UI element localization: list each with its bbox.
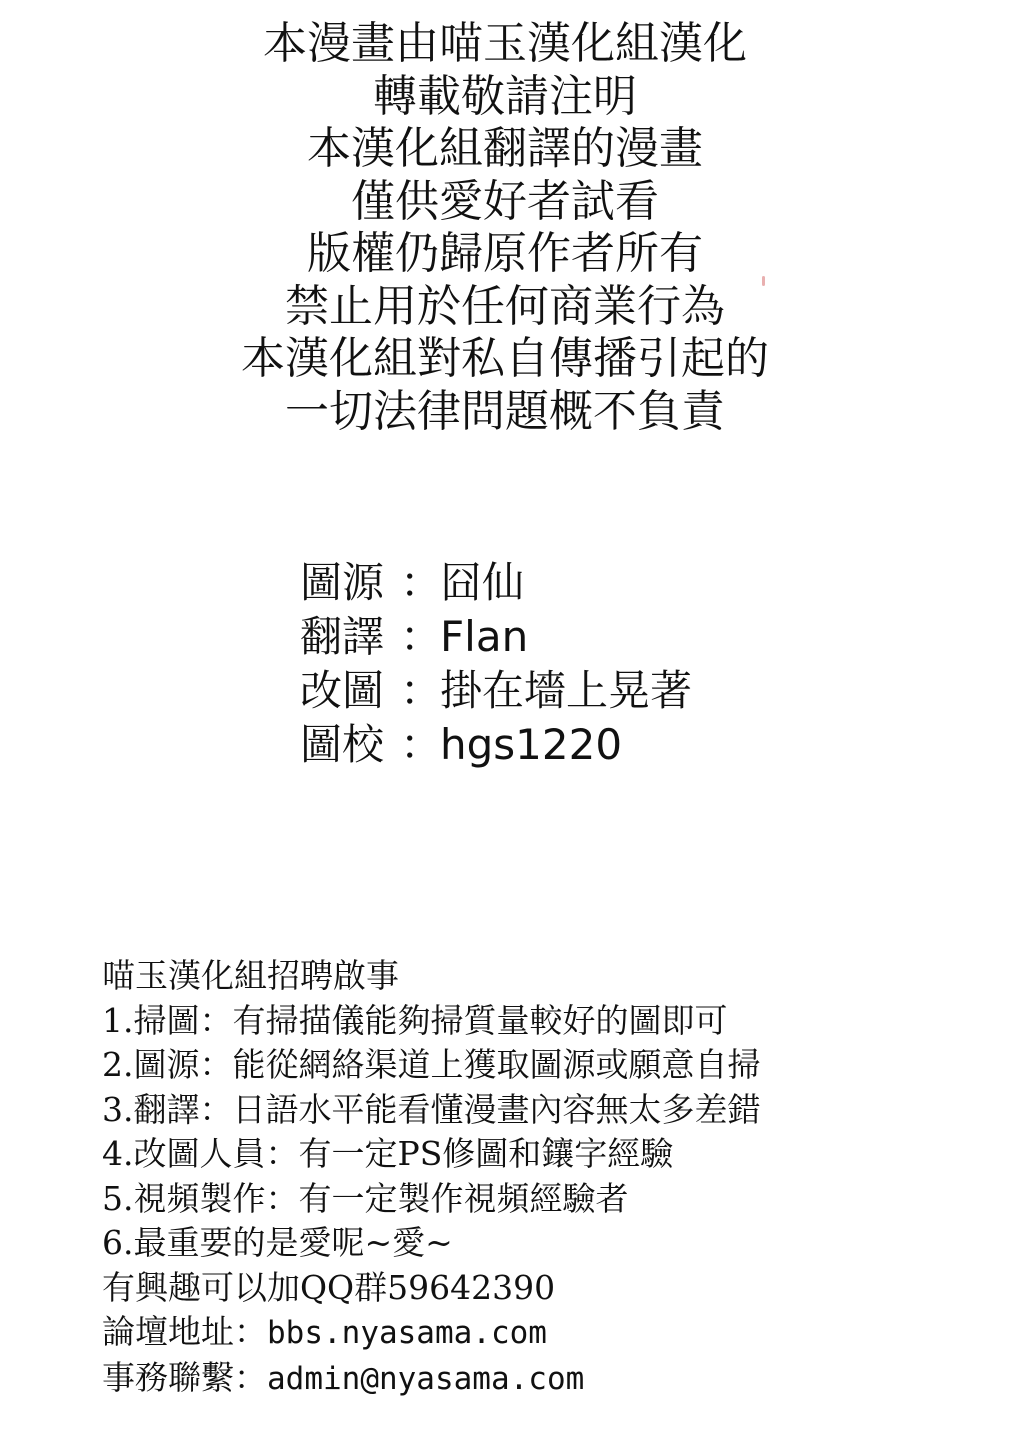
contact-email: admin@nyasama.com: [267, 1361, 584, 1397]
recruit-item: 6.最重要的是愛呢~愛~: [102, 1221, 761, 1266]
credit-colon: ：: [400, 664, 440, 718]
contact-label: 事務聯繫：: [102, 1358, 267, 1397]
notice-line: 本漢化組對私自傳播引起的: [0, 333, 1010, 386]
disclaimer-notice: 本漫畫由喵玉漢化組漢化 轉載敬請注明 本漢化組翻譯的漫畫 僅供愛好者試看 版權仍…: [0, 18, 1010, 438]
credit-name: hgs1220: [440, 720, 622, 769]
recruit-item: 3.翻譯：日語水平能看懂漫畫內容無太多差錯: [102, 1088, 761, 1133]
qq-number: 59642390: [387, 1268, 555, 1307]
notice-line: 本漫畫由喵玉漢化組漢化: [0, 18, 1010, 71]
credit-row-source: 圖源：囧仙: [300, 556, 692, 610]
notice-line: 一切法律問題概不負責: [0, 386, 1010, 439]
contact-line: 事務聯繫：admin@nyasama.com: [102, 1356, 761, 1402]
credit-role: 改圖: [300, 664, 400, 718]
notice-line: 僅供愛好者試看: [0, 176, 1010, 229]
notice-line: 轉載敬請注明: [0, 71, 1010, 124]
credits-list: 圖源：囧仙 翻譯：Flan 改圖：掛在墻上晃著 圖校：hgs1220: [300, 556, 692, 772]
credit-role: 翻譯: [300, 610, 400, 664]
qq-label: 有興趣可以加QQ群: [102, 1268, 387, 1307]
qq-group-line: 有興趣可以加QQ群59642390: [102, 1266, 761, 1311]
recruit-item: 4.改圖人員：有一定PS修圖和鑲字經驗: [102, 1132, 761, 1177]
forum-line: 論壇地址：bbs.nyasama.com: [102, 1310, 761, 1356]
recruit-title: 喵玉漢化組招聘啟事: [102, 954, 761, 999]
credit-colon: ：: [400, 718, 440, 772]
recruitment-notice: 喵玉漢化組招聘啟事 1.掃圖：有掃描儀能夠掃質量較好的圖即可 2.圖源：能從網絡…: [102, 954, 761, 1401]
notice-line: 禁止用於任何商業行為: [0, 281, 1010, 334]
recruit-item: 1.掃圖：有掃描儀能夠掃質量較好的圖即可: [102, 999, 761, 1044]
credit-role: 圖校: [300, 718, 400, 772]
credit-colon: ：: [400, 556, 440, 610]
forum-url: bbs.nyasama.com: [267, 1315, 547, 1351]
credit-row-proofreading: 圖校：hgs1220: [300, 718, 692, 772]
credit-name: 囧仙: [440, 558, 524, 607]
credit-role: 圖源: [300, 556, 400, 610]
recruit-item: 5.視頻製作：有一定製作視頻經驗者: [102, 1177, 761, 1222]
credit-row-editing: 改圖：掛在墻上晃著: [300, 664, 692, 718]
scan-speck: [762, 276, 765, 286]
credit-colon: ：: [400, 610, 440, 664]
notice-line: 版權仍歸原作者所有: [0, 228, 1010, 281]
forum-label: 論壇地址：: [102, 1312, 267, 1351]
notice-line: 本漢化組翻譯的漫畫: [0, 123, 1010, 176]
credit-name: Flan: [440, 612, 528, 661]
recruit-item: 2.圖源：能從網絡渠道上獲取圖源或願意自掃: [102, 1043, 761, 1088]
credit-row-translation: 翻譯：Flan: [300, 610, 692, 664]
credit-name: 掛在墻上晃著: [440, 666, 692, 715]
